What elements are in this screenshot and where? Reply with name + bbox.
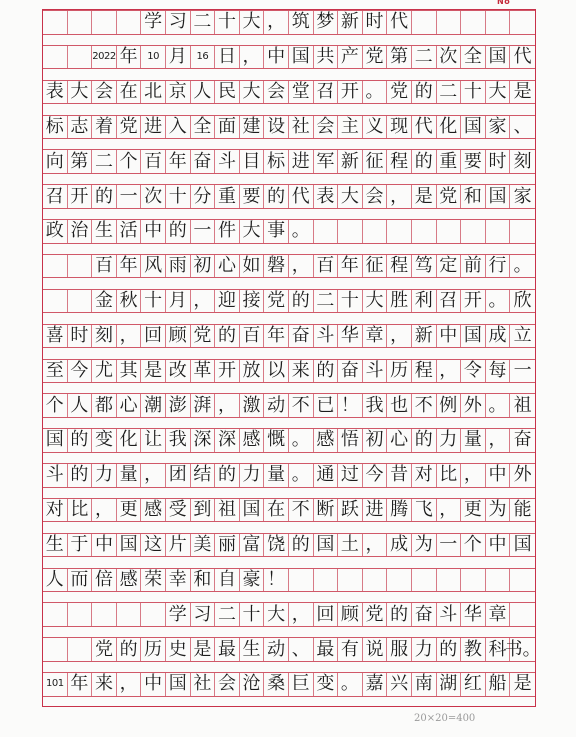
grid-cell: 目 [240,150,265,173]
grid-cell: 国 [510,534,535,557]
grid-cell: 2022 [92,46,117,69]
grid-cell: 心 [117,394,142,417]
grid-cell: 。 [338,673,363,696]
grid-cell: 。 [289,464,314,487]
grid-cell: 接 [240,290,265,313]
grid-cell: 个 [43,394,68,417]
grid-cell: 顾 [166,325,191,348]
grid-cell: 国 [43,429,68,452]
grid-cell: 美 [191,534,216,557]
grid-cell: 京 [166,81,191,104]
grid-cell: 秋 [117,290,142,313]
grid-cell: 是 [510,81,535,104]
grid-cell: 是 [510,673,535,696]
grid-cell: 进 [141,116,166,139]
grid-cell [510,220,535,243]
grid-cell: 要 [240,185,265,208]
grid-cell: 幸 [166,569,191,592]
grid-cell: 桑 [264,673,289,696]
grid-row: 对比，更感受到祖国在不断跃进腾飞，更为能 [43,498,535,523]
grid-cell: 产 [338,46,363,69]
grid-cell: 时 [486,150,511,173]
grid-cell: 以 [264,360,289,383]
grid-cell: 一 [510,360,535,383]
grid-cell: 第 [387,46,412,69]
grid-cell: 二 [412,46,437,69]
grid-cell: 笃 [412,255,437,278]
grid-cell: 欣 [510,290,535,313]
grid-row: 标志着党进入全面建设社会主义现代化国家、 [43,115,535,140]
grid-cell: 量 [117,464,142,487]
grid-cell: 能 [510,499,535,522]
grid-cell [387,220,412,243]
grid-spec-label: 20×20=400 [414,713,475,724]
grid-cell: 年 [264,325,289,348]
grid-cell: 16 [191,46,216,69]
grid-cell: 召 [43,185,68,208]
grid-cell: 每 [486,360,511,383]
grid-cell: 中 [437,325,462,348]
grid-cell [412,11,437,34]
grid-cell: 的 [68,429,93,452]
grid-cell: 我 [166,429,191,452]
grid-cell: ， [486,429,511,452]
grid-cell: 国 [461,116,486,139]
grid-cell: 堂 [289,81,314,104]
grid-cell: 代 [289,185,314,208]
grid-cell: 丽 [215,534,240,557]
grid-row: 政治生活中的一件大事。 [43,219,535,244]
grid-cell: 程 [387,150,412,173]
grid-cell: 斗 [314,325,339,348]
grid-cell: ， [117,325,142,348]
grid-cell: 征 [363,150,388,173]
grid-cell: 回 [141,325,166,348]
grid-cell [43,46,68,69]
grid-row: 百年风雨初心如磐，百年征程笃定前行。 [43,254,535,279]
grid-cell: 初 [191,255,216,278]
grid-row: 个人都心潮澎湃，激动不已！我也不例外。祖 [43,393,535,418]
grid-cell: 事 [264,220,289,243]
grid-cell: 中 [141,220,166,243]
grid-cell: 家 [510,185,535,208]
grid-cell: 二 [215,603,240,626]
grid-cell: 二 [92,150,117,173]
grid-cell: 全 [191,116,216,139]
grid-cell [117,11,142,34]
grid-cell [363,569,388,592]
grid-cell: 重 [437,150,462,173]
grid-row: 生于中国这片美丽富饶的国土，成为一个中国 [43,533,535,558]
grid-cell: 习 [166,11,191,34]
grid-cell: 比 [68,499,93,522]
grid-cell: 现 [387,116,412,139]
grid-cell: 红 [461,673,486,696]
grid-cell: 年 [166,150,191,173]
grid-cell: 梦 [314,11,339,34]
grid-cell: 立 [510,325,535,348]
grid-cell: 例 [437,394,462,417]
grid-cell: 最 [314,638,339,661]
grid-cell: ， [387,185,412,208]
grid-cell: 建 [240,116,265,139]
grid-cell: 要 [461,150,486,173]
grid-row: 召开的一次十分重要的代表大会，是党和国家 [43,184,535,209]
grid-cell: 成 [486,325,511,348]
grid-cell: 治 [68,220,93,243]
grid-cell: 生 [240,638,265,661]
grid-cell: 家 [486,116,511,139]
grid-cell: 进 [363,499,388,522]
grid-row: 人而倍感荣幸和自豪！ [43,568,535,593]
grid-cell: ， [215,394,240,417]
grid-cell: 会 [264,81,289,104]
grid-cell: 自 [215,569,240,592]
grid-cell: ， [437,360,462,383]
grid-cell: 大 [486,81,511,104]
grid-cell: 风 [141,255,166,278]
grid-cell: 到 [191,499,216,522]
grid-cell [412,220,437,243]
grid-cell: 行 [486,255,511,278]
grid-cell: 二 [437,81,462,104]
grid-cell: 国 [117,534,142,557]
grid-cell: 化 [117,429,142,452]
grid-cell: 标 [264,150,289,173]
grid-cell: 章 [486,603,511,626]
grid-cell: 社 [191,673,216,696]
grid-cell: 片 [166,534,191,557]
grid-row: 101年来，中国社会沧桑巨变。嘉兴南湖红船是 [43,672,535,697]
grid-cell: 祖 [510,394,535,417]
grid-cell: 利 [412,290,437,313]
grid-cell: 件 [215,220,240,243]
grid-cell: 百 [314,255,339,278]
grid-cell: 而 [68,569,93,592]
grid-cell: 新 [338,11,363,34]
grid-cell: ， [387,325,412,348]
grid-cell: 成 [387,534,412,557]
grid-cell: 心 [215,255,240,278]
grid-cell: 过 [338,464,363,487]
grid-cell: 开 [461,290,486,313]
grid-cell: 开 [68,185,93,208]
grid-cell: 斗 [215,150,240,173]
grid-cell: 10 [141,46,166,69]
grid-cell: 十 [141,290,166,313]
grid-cell: 的 [215,325,240,348]
grid-cell: 奋 [191,150,216,173]
grid-cell: 变 [92,429,117,452]
grid-cell: 。 [289,220,314,243]
grid-cell: 大 [240,220,265,243]
grid-cell: 标 [43,116,68,139]
grid-cell: 改 [166,360,191,383]
grid-cell: 华 [338,325,363,348]
grid-cell: 的 [387,603,412,626]
grid-cell: 奋 [412,603,437,626]
grid-cell: 雨 [166,255,191,278]
grid-cell: 北 [141,81,166,104]
grid-cell: 尤 [92,360,117,383]
grid-cell: 年 [68,673,93,696]
grid-cell [510,569,535,592]
grid-cell: 新 [338,150,363,173]
grid-cell [437,11,462,34]
grid-cell: 定 [437,255,462,278]
grid-cell: 都 [92,394,117,417]
grid-cell: 感 [240,429,265,452]
grid-cell: 在 [117,81,142,104]
grid-cell: 设 [264,116,289,139]
grid-cell: 的 [289,290,314,313]
grid-cell: 军 [314,150,339,173]
grid-cell: 这 [141,534,166,557]
grid-cell: 百 [141,150,166,173]
grid-cell [43,255,68,278]
grid-cell: 、 [289,638,314,661]
grid-row: 斗的力量，团结的力量。通过今昔对比，中外 [43,463,535,488]
grid-cell [387,569,412,592]
grid-cell: 国 [289,46,314,69]
grid-cell: 今 [68,360,93,383]
grid-cell: 党 [117,116,142,139]
grid-cell: 十 [215,11,240,34]
grid-cell: 慨 [264,429,289,452]
grid-cell: 的 [264,185,289,208]
grid-cell: 十 [461,81,486,104]
grid-cell [437,569,462,592]
grid-cell: 习 [191,603,216,626]
grid-cell: ， [289,255,314,278]
grid-cell: 分 [191,185,216,208]
grid-cell: 在 [264,499,289,522]
grid-cell: 比 [437,464,462,487]
grid-cell: 着 [92,116,117,139]
grid-cell: 动 [264,638,289,661]
grid-cell: 党 [363,46,388,69]
grid-cell: 倍 [92,569,117,592]
grid-cell: 国 [486,185,511,208]
grid-row: 党的历史是最生动、最有说服力的教科书。 [43,637,535,662]
grid-cell [43,638,68,661]
grid-cell: 磐 [264,255,289,278]
grid-cell [486,569,511,592]
grid-cell: 的 [412,81,437,104]
grid-cell: 学 [166,603,191,626]
grid-cell: 通 [314,464,339,487]
grid-cell: 二 [314,290,339,313]
grid-cell: 飞 [412,499,437,522]
grid-cell: 大 [68,81,93,104]
grid-cell: 是 [191,638,216,661]
grid-cell: 结 [191,464,216,487]
grid-cell: 中 [141,673,166,696]
grid-cell: 中 [486,534,511,557]
grid-cell: ， [240,46,265,69]
grid-cell: 湃 [191,394,216,417]
grid-cell: ， [289,603,314,626]
grid-cell [461,11,486,34]
grid-cell: ， [264,11,289,34]
grid-cell: 人 [68,394,93,417]
grid-cell: 今 [363,464,388,487]
grid-cell: 不 [289,394,314,417]
grid-cell [68,638,93,661]
grid-cell [510,603,535,626]
grid-cell [510,11,535,34]
grid-cell: 更 [117,499,142,522]
grid-cell: ， [461,464,486,487]
grid-cell: 嘉 [363,673,388,696]
grid-cell: 奋 [289,325,314,348]
grid-cell: 的 [437,638,462,661]
grid-cell: 国 [240,499,265,522]
grid-cell: 来 [92,673,117,696]
grid-cell: 斗 [437,603,462,626]
grid-cell: 力 [92,464,117,487]
grid-cell: 会 [215,673,240,696]
grid-row: 2022年10月16日，中国共产党第二次全国代 [43,45,535,70]
grid-cell: 。 [486,290,511,313]
grid-cell: ， [141,464,166,487]
grid-cell: 量 [461,429,486,452]
grid-cell: 悟 [338,429,363,452]
grid-cell [461,220,486,243]
grid-cell: 第 [68,150,93,173]
grid-cell: 章 [363,325,388,348]
grid-cell: 力 [240,464,265,487]
grid-cell: 人 [191,81,216,104]
grid-cell: 大 [338,185,363,208]
grid-row: 至今尤其是改革开放以来的奋斗历程，令每一 [43,359,535,384]
grid-cell: ， [117,673,142,696]
grid-cell: 激 [240,394,265,417]
grid-cell: 前 [461,255,486,278]
grid-cell: 回 [314,603,339,626]
grid-cell: 深 [191,429,216,452]
grid-cell: 船 [486,673,511,696]
grid-cell: 的 [117,638,142,661]
grid-cell: 百 [92,255,117,278]
grid-cell: 党 [437,185,462,208]
grid-cell: 力 [437,429,462,452]
grid-cell [43,11,68,34]
grid-cell: 刻 [92,325,117,348]
grid-cell: 大 [240,81,265,104]
grid-cell: 。 [289,429,314,452]
grid-cell [68,46,93,69]
grid-cell: 次 [141,185,166,208]
grid-cell: 开 [215,360,240,383]
grid-cell: 是 [412,185,437,208]
grid-cell: 党 [387,81,412,104]
grid-cell: 义 [363,116,388,139]
grid-cell: 的 [68,464,93,487]
grid-cell: 月 [166,46,191,69]
grid-cell: ！ [338,394,363,417]
grid-cell: 活 [117,220,142,243]
grid-cell: 个 [117,150,142,173]
grid-cell: 101 [43,673,68,696]
grid-cell: 是 [141,360,166,383]
grid-cell: 和 [461,185,486,208]
grid-cell: 十 [166,185,191,208]
grid-cell: 力 [412,638,437,661]
grid-cell: 让 [141,429,166,452]
grid-cell [117,603,142,626]
grid-cell: 饶 [264,534,289,557]
grid-cell: 、 [510,116,535,139]
grid-cell: 湖 [437,673,462,696]
grid-cell: 更 [461,499,486,522]
grid-cell: 大 [240,11,265,34]
grid-cell: 的 [289,534,314,557]
grid-cell: 年 [117,255,142,278]
grid-cell: 祖 [215,499,240,522]
grid-cell: 对 [412,464,437,487]
grid-cell: 主 [338,116,363,139]
grid-cell: 年 [117,46,142,69]
grid-cell: 共 [314,46,339,69]
grid-cell: 腾 [387,499,412,522]
grid-cell: 华 [461,603,486,626]
grid-cell: 富 [240,534,265,557]
grid-cell: 代 [510,46,535,69]
grid-cell: 的 [412,429,437,452]
grid-cell: 为 [486,499,511,522]
grid-cell: 党 [264,290,289,313]
grid-cell: 党 [92,638,117,661]
grid-cell: 程 [412,360,437,383]
grid-cell [68,290,93,313]
grid-cell: 于 [68,534,93,557]
grid-cell: 大 [264,603,289,626]
grid-cell: 其 [117,360,142,383]
grid-cell [486,11,511,34]
grid-cell: 如 [240,255,265,278]
grid-cell: 二 [191,11,216,34]
grid-cell: 跃 [338,499,363,522]
grid-cell: 团 [166,464,191,487]
grid-cell: 的 [92,185,117,208]
grid-cell: 重 [215,185,240,208]
grid-cell [43,290,68,313]
grid-cell: 时 [68,325,93,348]
grid-cell: 沧 [240,673,265,696]
grid-row: 表大会在北京人民大会堂召开。党的二十大是 [43,80,535,105]
grid-cell: 民 [215,81,240,104]
grid-cell: 外 [461,394,486,417]
grid-cell: 面 [215,116,240,139]
grid-cell: 服 [387,638,412,661]
grid-cell: 。 [363,81,388,104]
grid-cell: 潮 [141,394,166,417]
grid-cell: 国 [314,534,339,557]
grid-cell: 向 [43,150,68,173]
grid-cell: 顾 [338,603,363,626]
grid-cell: 征 [363,255,388,278]
grid-cell: 会 [92,81,117,104]
grid-cell: 感 [314,429,339,452]
grid-cell: 初 [363,429,388,452]
grid-cell: 感 [117,569,142,592]
grid-cell: 一 [437,534,462,557]
grid-cell: 刻 [510,150,535,173]
grid-cell: 不 [412,394,437,417]
grid-cell: ， [363,534,388,557]
grid-cell: 来 [289,360,314,383]
